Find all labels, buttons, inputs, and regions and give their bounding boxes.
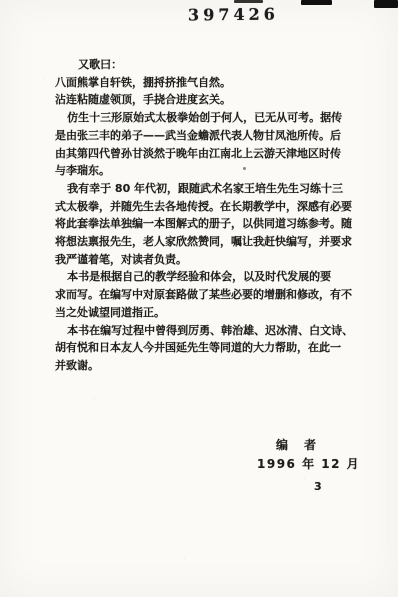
- text-line: 当之处诚望同道指正。: [55, 304, 355, 322]
- text-line: 我有幸于 80 年代初，跟随武术名家王培生先生习练十三: [55, 180, 355, 198]
- text-line: 本书在编写过程中曾得到厉勇、韩治雄、迟冰清、白文诗、: [55, 322, 355, 340]
- text-line: 八面熊掌自轩铁，掤捋挤推气自然。: [55, 74, 355, 92]
- text-line: 又歌曰：: [55, 56, 355, 74]
- text-line: 我严谨着笔，对读者负责。: [55, 251, 355, 269]
- text-line: 是由张三丰的弟子——武当金蟾派代表人物甘凤池所传。后: [55, 127, 355, 145]
- scan-artifact-mark: [374, 0, 398, 8]
- text-line: 将此套拳法单独编一本图解式的册子，以供同道习练参考。随: [55, 215, 355, 233]
- preface-text: 又歌曰：八面熊掌自轩铁，掤捋挤推气自然。沾连粘随虚领顶，手挠合进度玄关。仿生十三…: [55, 56, 355, 375]
- scanned-book-page: 397426 又歌曰：八面熊掌自轩铁，掤捋挤推气自然。沾连粘随虚领顶，手挠合进度…: [0, 0, 398, 597]
- text-line: 沾连粘随虚领顶，手挠合进度玄关。: [55, 91, 355, 109]
- editor-signature: 编 者: [276, 436, 318, 453]
- scan-artifact-mark: [234, 0, 263, 3]
- library-stamp-number: 397426: [188, 5, 279, 25]
- text-line: 由其第四代曾孙甘淡然于晚年由江南北上云游天津地区时传: [55, 145, 355, 163]
- text-line: 本书是根据自己的教学经验和体会，以及时代发展的要: [55, 268, 355, 286]
- scan-artifact-mark: [301, 0, 332, 5]
- text-line: 仿生十三形原始式太极拳始创于何人，已无从可考。据传: [55, 109, 355, 127]
- text-line: 求而写。在编写中对原套路做了某些必要的增删和修改，有不: [55, 286, 355, 304]
- publication-date: 1996 年 12 月: [257, 455, 360, 472]
- text-line: 式太极拳，并随先生去各地传授。在长期教学中，深感有必要: [55, 198, 355, 216]
- text-line: 将想法禀报先生，老人家欣然赞同，嘱让我赶快编写，并要求: [55, 233, 355, 251]
- text-line: 并致谢。: [55, 357, 355, 375]
- text-line: 与李瑞东。: [55, 162, 355, 180]
- text-line: 胡有悦和日本友人今井国延先生等同道的大力帮助，在此一: [55, 339, 355, 357]
- scan-speckle: [243, 167, 246, 170]
- page-number: 3: [314, 480, 322, 493]
